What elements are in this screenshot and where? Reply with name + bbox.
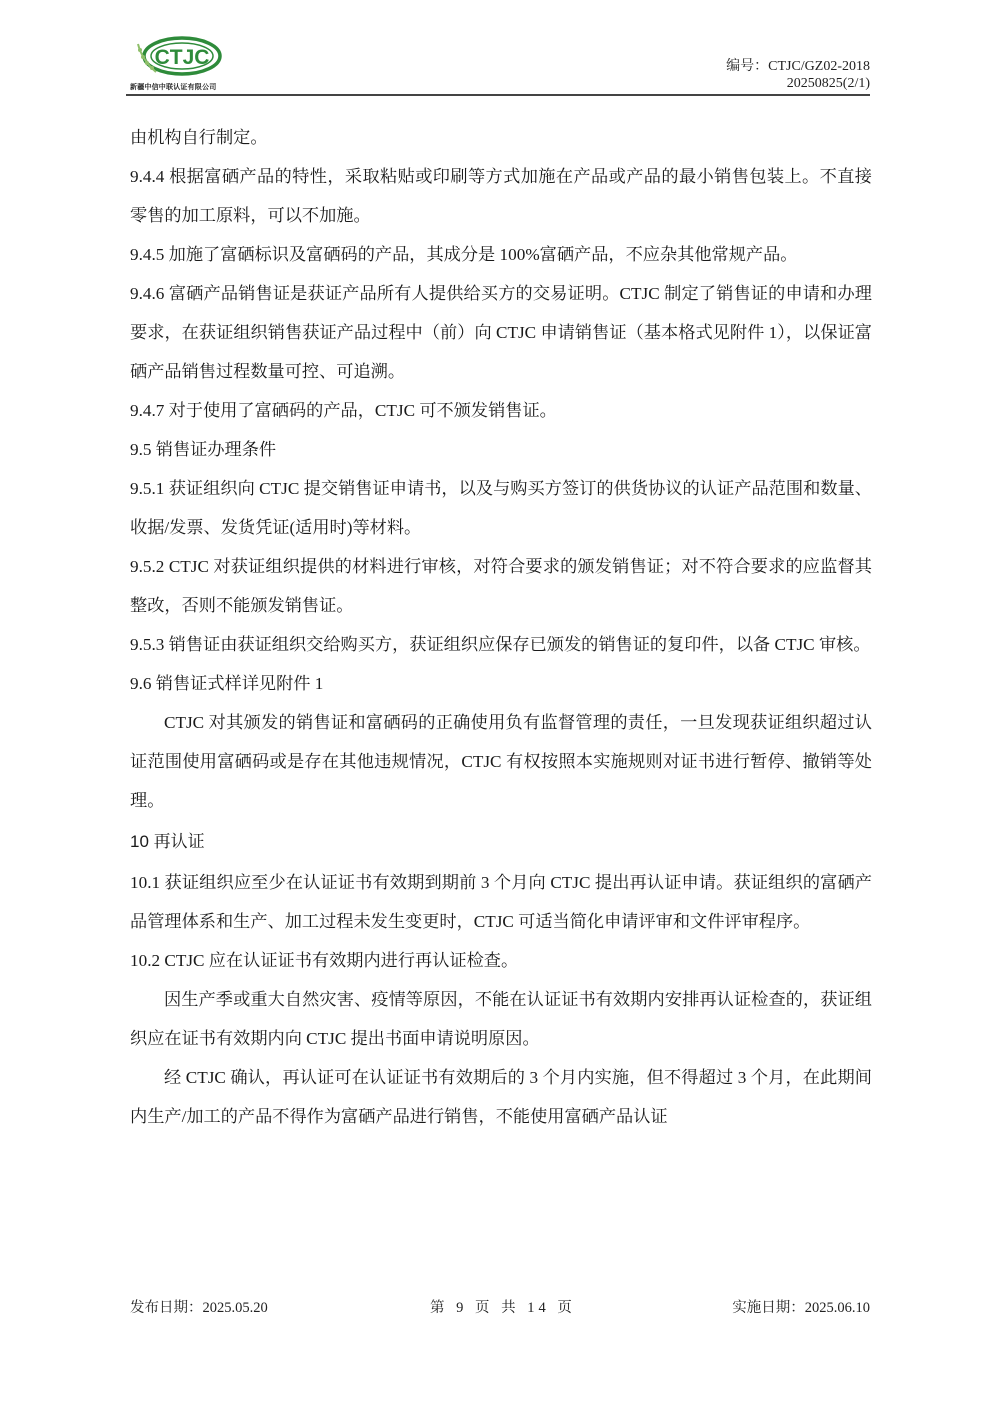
document-version: 20250825(2/1) xyxy=(726,75,870,92)
paragraph: 9.4.4 根据富硒产品的特性，采取粘贴或印刷等方式加施在产品或产品的最小销售包… xyxy=(130,157,872,235)
document-body: 由机构自行制定。9.4.4 根据富硒产品的特性，采取粘贴或印刷等方式加施在产品或… xyxy=(130,118,872,1136)
company-logo: CTJC 新疆中信中联认证有限公司 xyxy=(130,34,230,94)
header-divider xyxy=(126,94,870,96)
effective-date: 实施日期：2025.06.10 xyxy=(732,1296,870,1317)
paragraph: 9.5.1 获证组织向 CTJC 提交销售证申请书，以及与购买方签订的供货协议的… xyxy=(130,469,872,547)
paragraph: 10.2 CTJC 应在认证证书有效期内进行再认证检查。 xyxy=(130,941,872,980)
document-code: 编号：CTJC/GZ02-2018 20250825(2/1) xyxy=(726,58,870,92)
paragraph: 9.4.7 对于使用了富硒码的产品，CTJC 可不颁发销售证。 xyxy=(130,391,872,430)
paragraph: 10.1 获证组织应至少在认证证书有效期到期前 3 个月向 CTJC 提出再认证… xyxy=(130,863,872,941)
paragraph: 经 CTJC 确认，再认证可在认证证书有效期后的 3 个月内实施，但不得超过 3… xyxy=(130,1058,872,1136)
paragraph: 因生产季或重大自然灾害、疫情等原因，不能在认证证书有效期内安排再认证检查的，获证… xyxy=(130,980,872,1058)
publish-date: 发布日期：2025.05.20 xyxy=(130,1296,268,1317)
paragraph: 9.4.5 加施了富硒标识及富硒码的产品，其成分是 100%富硒产品，不应杂其他… xyxy=(130,235,872,274)
paragraph: 9.5.2 CTJC 对获证组织提供的材料进行审核，对符合要求的颁发销售证；对不… xyxy=(130,547,872,625)
paragraph: 9.4.6 富硒产品销售证是获证产品所有人提供给买方的交易证明。CTJC 制定了… xyxy=(130,274,872,391)
svg-text:CTJC: CTJC xyxy=(155,46,210,69)
document-number: 编号：CTJC/GZ02-2018 xyxy=(726,58,870,75)
ctjc-logo-icon: CTJC xyxy=(132,34,224,80)
section-heading: 10 再认证 xyxy=(130,822,872,861)
paragraph: CTJC 对其颁发的销售证和富硒码的正确使用负有监督管理的责任，一旦发现获证组织… xyxy=(130,703,872,820)
page-number: 第 9 页 共 14 页 xyxy=(430,1296,576,1317)
paragraph: 9.5.3 销售证由获证组织交给购买方，获证组织应保存已颁发的销售证的复印件，以… xyxy=(130,625,872,664)
paragraph: 9.5 销售证办理条件 xyxy=(130,430,872,469)
paragraph: 由机构自行制定。 xyxy=(130,118,872,157)
page-header: CTJC 新疆中信中联认证有限公司 编号：CTJC/GZ02-2018 2025… xyxy=(130,30,870,96)
page-footer: 发布日期：2025.05.20 第 9 页 共 14 页 实施日期：2025.0… xyxy=(130,1296,870,1320)
paragraph: 9.6 销售证式样详见附件 1 xyxy=(130,664,872,703)
company-name: 新疆中信中联认证有限公司 xyxy=(130,82,216,92)
